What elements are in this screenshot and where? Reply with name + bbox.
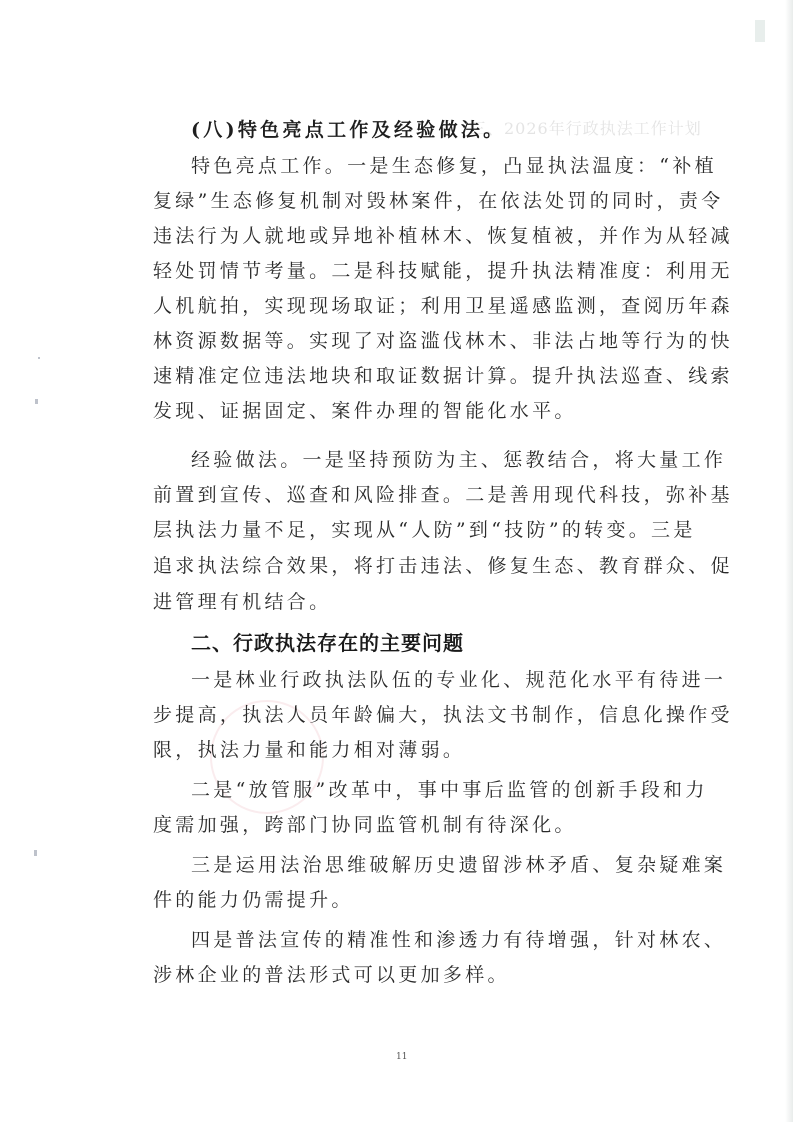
paragraph-line: 一是林业行政执法队伍的专业化、规范化水平有待进一 [191,668,693,692]
paragraph-line: 特色亮点工作。一是生态修复，凸显执法温度：“补植 [191,154,693,178]
section-heading-2: 二、行政执法存在的主要问题 [191,631,693,655]
paragraph-line: 度需加强，跨部门协同监管机制有待深化。 [153,813,693,837]
paragraph-line: 四是普法宣传的精准性和渗透力有待增强，针对林农、 [191,928,693,952]
margin-speck [35,399,38,404]
paragraph-line: 进管理有机结合。 [153,590,693,614]
page-number: 11 [396,1052,407,1062]
document-page: 三、2026年行政执法工作计划 (八)特色亮点工作及经验做法。 特色亮点工作。一… [0,0,793,1122]
margin-speck [34,850,37,856]
paragraph-line: 件的能力仍需提升。 [153,888,693,912]
paragraph-line: 轻处罚情节考量。二是科技赋能，提升执法精准度：利用无 [153,259,693,283]
paragraph-line: 层执法力量不足，实现从“人防”到“技防”的转变。三是 [153,518,693,542]
paragraph-line: 限，执法力量和能力相对薄弱。 [153,738,693,762]
paragraph-line: 违法行为人就地或异地补植林木、恢复植被，并作为从轻减 [153,224,693,248]
paragraph-line: 二是“放管服”改革中，事中事后监管的创新手段和力 [191,778,693,802]
margin-speck [38,357,40,359]
paragraph-line: 人机航拍，实现现场取证；利用卫星遥感监测，查阅历年森 [153,294,693,318]
paragraph-line: 经验做法。一是坚持预防为主、惩教结合，将大量工作 [191,448,693,472]
paragraph-line: 复绿”生态修复机制对毁林案件，在依法处罚的同时，责令 [153,189,693,213]
paragraph-line: 林资源数据等。实现了对盗滥伐林木、非法占地等行为的快 [153,329,693,353]
paragraph-line: 发现、证据固定、案件办理的智能化水平。 [153,399,693,423]
paragraph-line: 追求执法综合效果，将打击违法、修复生态、教育群众、促 [153,554,693,578]
paragraph-line: 前置到宣传、巡查和风险排查。二是善用现代科技，弥补基 [153,483,693,507]
page-edge-shadow [785,0,793,1122]
paragraph-line: 涉林企业的普法形式可以更加多样。 [153,963,693,987]
paragraph-line: 速精准定位违法地块和取证数据计算。提升执法巡查、线索 [153,364,693,388]
scan-artifact [755,20,765,42]
section-heading-8: (八)特色亮点工作及经验做法。 [191,118,693,142]
paragraph-line: 三是运用法治思维破解历史遗留涉林矛盾、复杂疑难案 [191,853,693,877]
paragraph-line: 步提高，执法人员年龄偏大，执法文书制作，信息化操作受 [153,703,693,727]
